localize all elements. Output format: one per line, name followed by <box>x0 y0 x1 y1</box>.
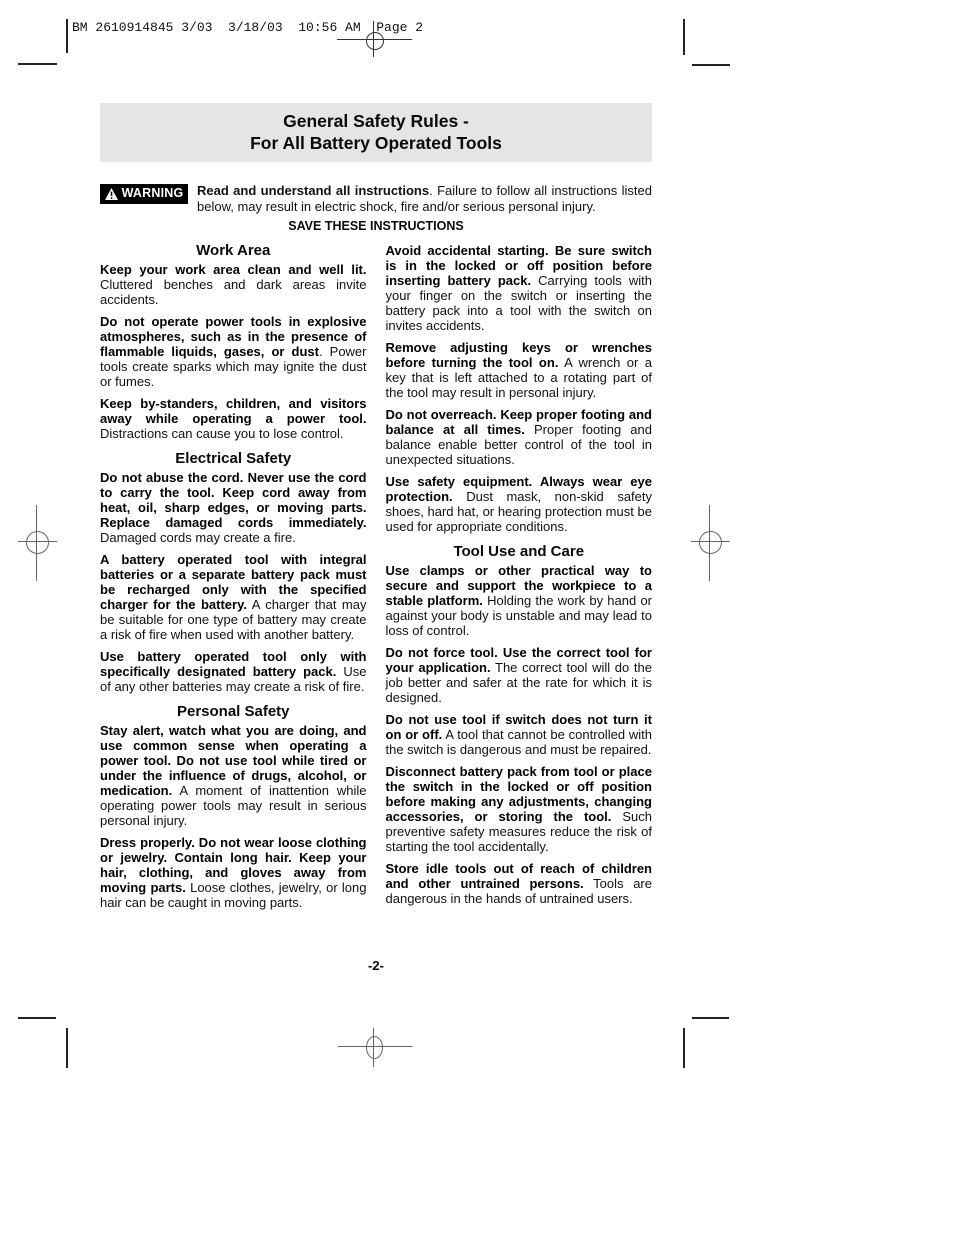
safety-paragraph: Use battery operated tool only with spec… <box>100 649 367 694</box>
warning-badge-label: WARNING <box>122 186 184 202</box>
two-column-body: Work AreaKeep your work area clean and w… <box>100 243 652 917</box>
right-column: Avoid accidental starting. Be sure switc… <box>386 243 653 917</box>
crop-mark-bottom-right-vertical <box>683 1028 685 1068</box>
page-title-line1: General Safety Rules - <box>100 110 652 132</box>
save-instructions-heading: SAVE THESE INSTRUCTIONS <box>100 219 652 233</box>
left-column: Work AreaKeep your work area clean and w… <box>100 243 367 917</box>
section-heading: Tool Use and Care <box>386 544 653 560</box>
registration-mark-top-circle <box>366 32 384 50</box>
safety-paragraph: Dress properly. Do not wear loose clothi… <box>100 835 367 910</box>
crop-mark-bottom-left-vertical <box>66 1028 68 1068</box>
safety-paragraph: A battery operated tool with integral ba… <box>100 552 367 642</box>
safety-paragraph: Do not operate power tools in explosive … <box>100 314 367 389</box>
safety-paragraph: Avoid accidental starting. Be sure switc… <box>386 243 653 333</box>
crop-mark-top-left-horizontal <box>18 63 57 65</box>
safety-paragraph: Disconnect battery pack from tool or pla… <box>386 764 653 854</box>
page-number: -2- <box>100 958 652 973</box>
crop-mark-bottom-right-horizontal <box>692 1017 729 1019</box>
manual-page-content: General Safety Rules - For All Battery O… <box>100 103 652 917</box>
warning-block: WARNING Read and understand all instruct… <box>100 183 652 214</box>
registration-mark-left-circle <box>26 531 49 554</box>
section-heading: Personal Safety <box>100 704 367 720</box>
title-box: General Safety Rules - For All Battery O… <box>100 103 652 162</box>
crop-mark-top-right-horizontal <box>692 64 730 66</box>
section-heading: Work Area <box>100 243 367 259</box>
warning-lead-bold: Read and understand all instructions <box>197 183 429 198</box>
page-title-line2: For All Battery Operated Tools <box>100 132 652 154</box>
safety-paragraph: Use clamps or other practical way to sec… <box>386 563 653 638</box>
warning-badge: WARNING <box>100 184 188 204</box>
crop-mark-top-right-vertical <box>683 19 685 55</box>
registration-mark-right-circle <box>699 531 722 554</box>
safety-paragraph: Store idle tools out of reach of childre… <box>386 861 653 906</box>
safety-paragraph: Keep your work area clean and well lit. … <box>100 262 367 307</box>
warning-triangle-icon <box>105 188 118 200</box>
safety-paragraph: Do not use tool if switch does not turn … <box>386 712 653 757</box>
registration-mark-bottom-circle <box>366 1036 383 1059</box>
crop-mark-bottom-left-horizontal <box>18 1017 56 1019</box>
safety-paragraph: Do not force tool. Use the correct tool … <box>386 645 653 705</box>
crop-mark-top-left-vertical <box>66 19 68 53</box>
safety-paragraph: Do not overreach. Keep proper footing an… <box>386 407 653 467</box>
safety-paragraph: Remove adjusting keys or wrenches before… <box>386 340 653 400</box>
safety-paragraph: Use safety equipment. Always wear eye pr… <box>386 474 653 534</box>
safety-paragraph: Stay alert, watch what you are doing, an… <box>100 723 367 828</box>
section-heading: Electrical Safety <box>100 451 367 467</box>
safety-paragraph: Keep by-standers, children, and visitors… <box>100 396 367 441</box>
safety-paragraph: Do not abuse the cord. Never use the cor… <box>100 470 367 545</box>
